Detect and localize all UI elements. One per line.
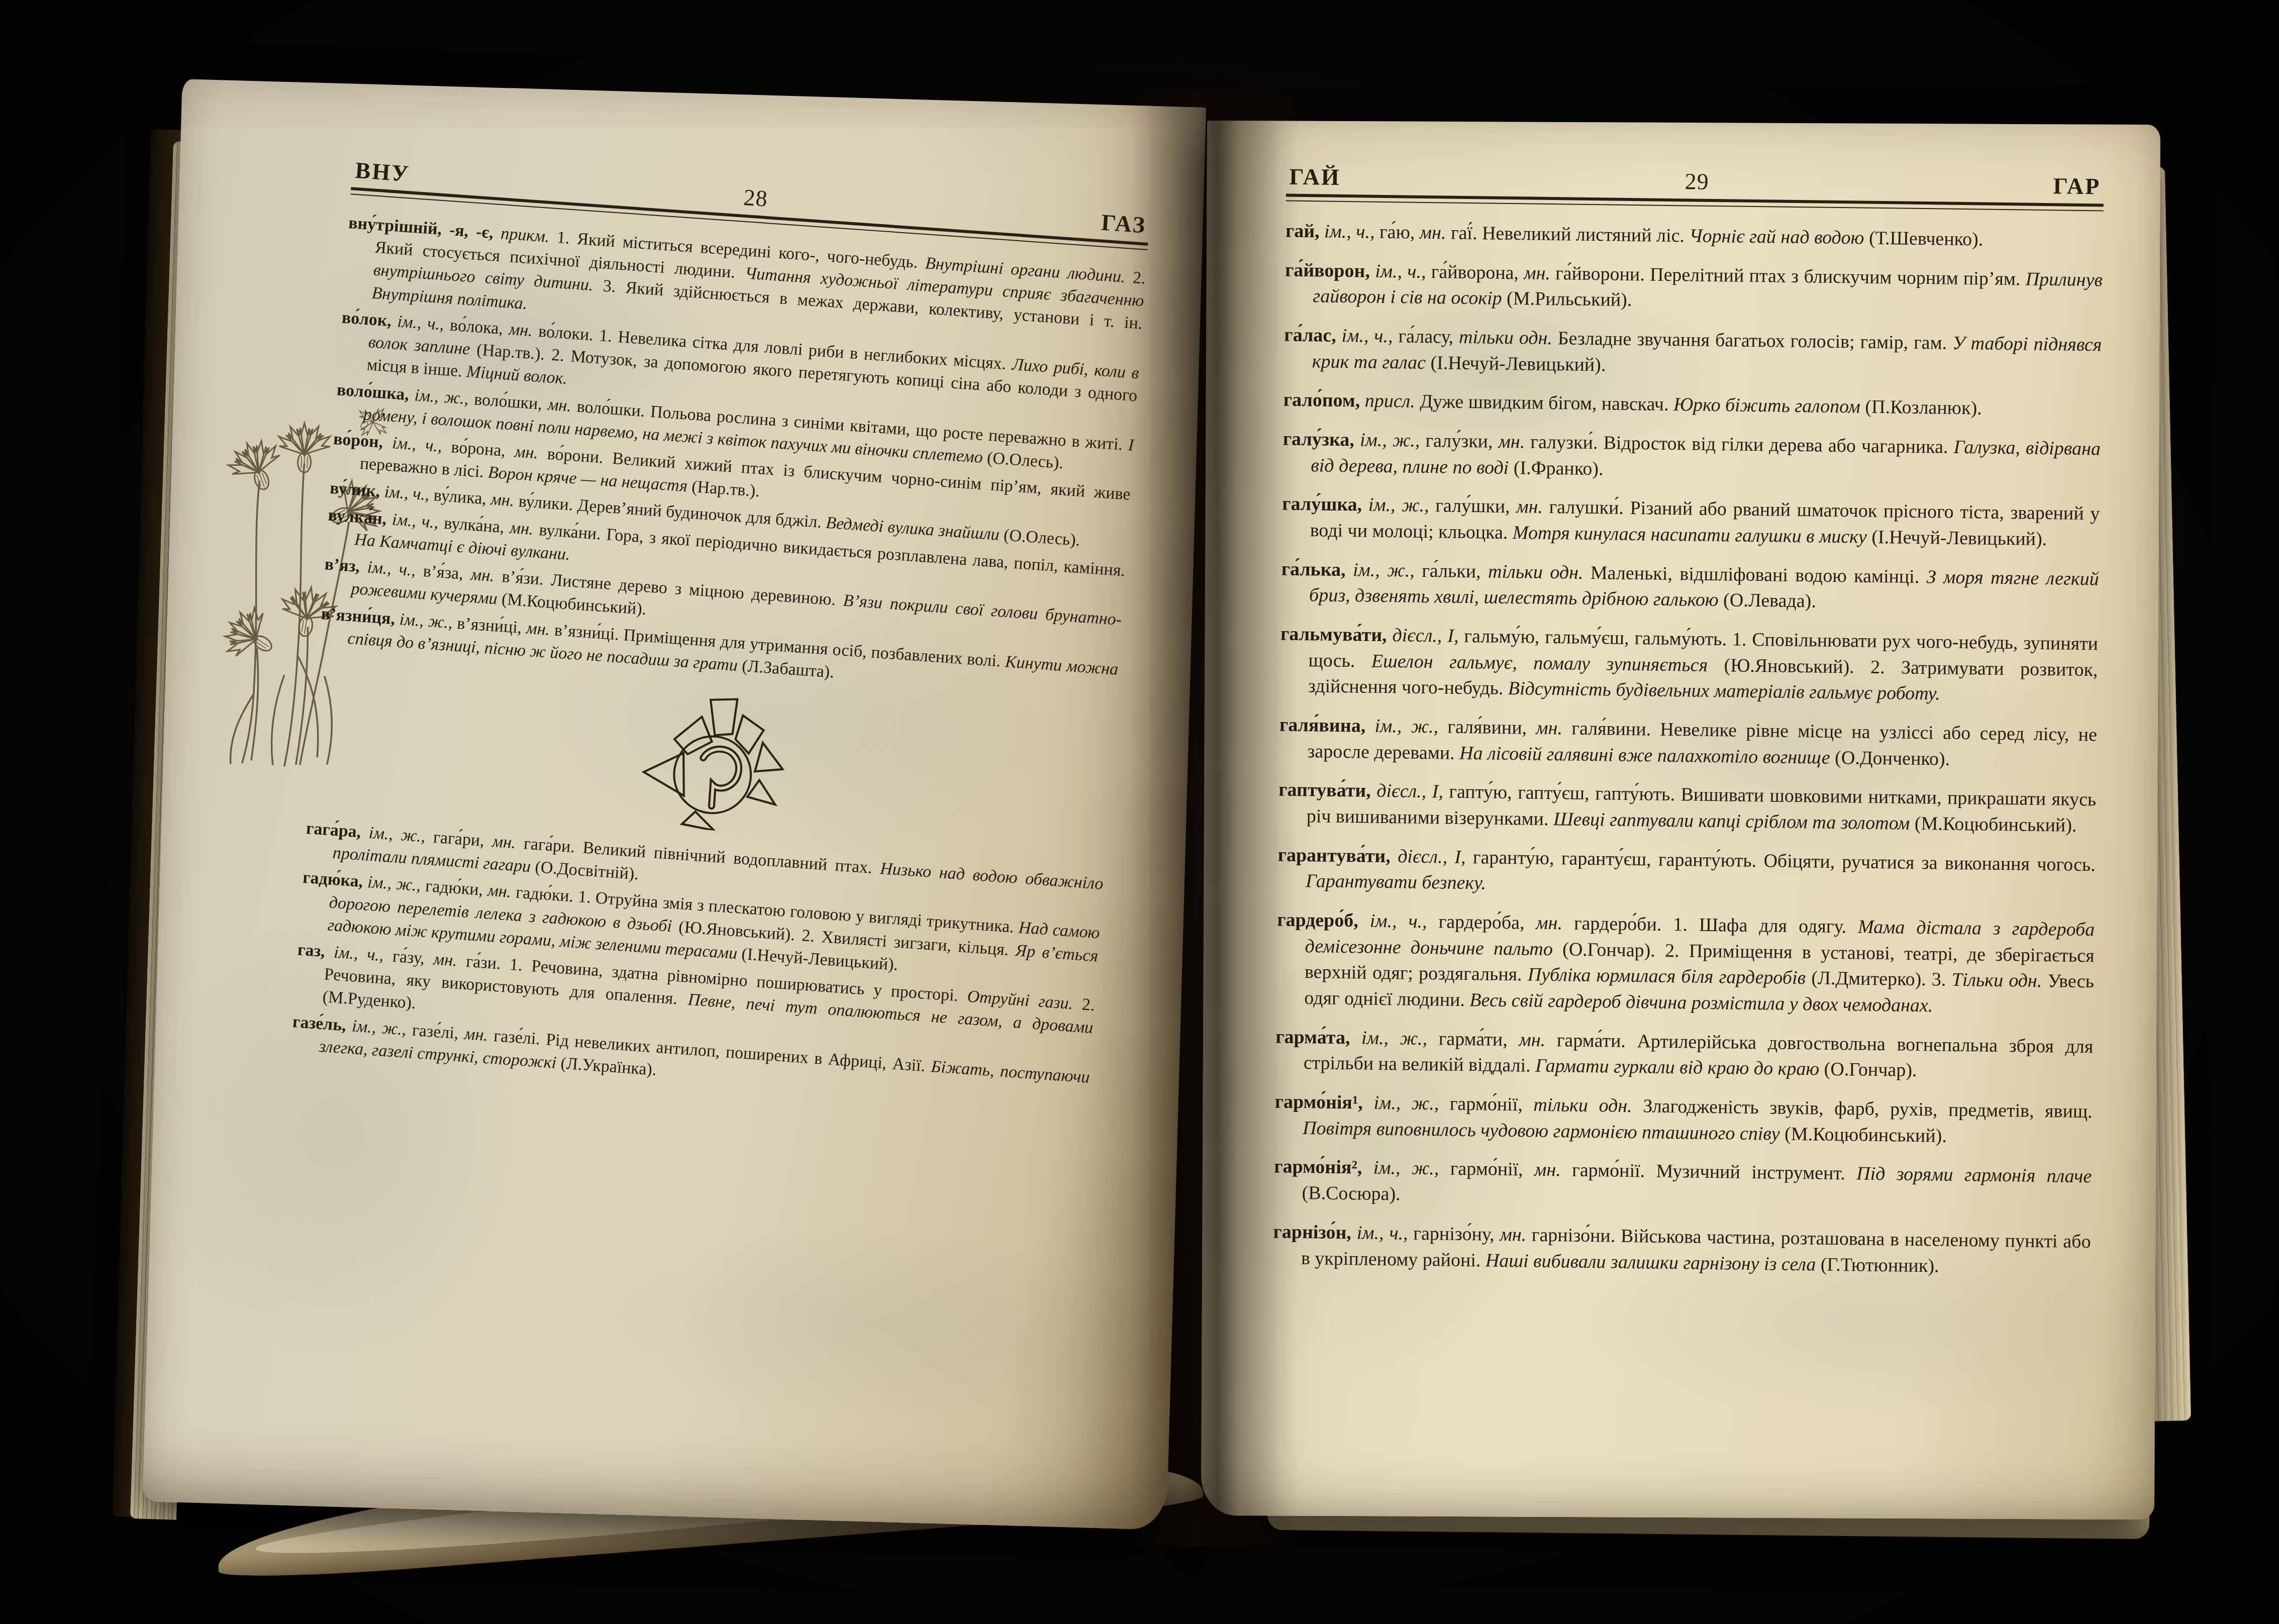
entry-segment: (О.Олесь). xyxy=(986,449,1064,473)
entry-segment: (І.Нечуй-Левицький). xyxy=(1871,527,2047,550)
entry-segment: мн. xyxy=(433,950,467,970)
entry-segment: (О.Донченко). xyxy=(1835,747,1950,770)
entry-segment: (М.Руденко). xyxy=(322,988,417,1013)
entry-segment: во́рон, xyxy=(333,430,393,452)
entry-segment: галя́вини, xyxy=(1447,717,1536,739)
section-letter-ornament-icon: Г xyxy=(631,683,791,835)
entry-segment: (Г.Тютюнник). xyxy=(1821,1254,1939,1276)
entry-segment: мн. xyxy=(490,490,519,511)
entry-segment: Злагодженість звуків, фарб, рухів, предм… xyxy=(1643,1096,2093,1123)
entry-list-top: вну́трішній, -я, -є, прикм. 1. Який міст… xyxy=(319,212,1146,703)
entry-segment: гармо́нії, xyxy=(1450,1158,1535,1180)
entry-segment: га́лас, xyxy=(1284,325,1342,346)
entry-segment: мн. xyxy=(491,832,524,853)
entry-list: гай, ім., ч., га́ю, мн. гаї́. Невеликий … xyxy=(1273,219,2103,1281)
entry-segment: га́йворон, xyxy=(1285,259,1375,281)
entry-segment: гага́ра, xyxy=(306,819,369,842)
entry-segment: ву́лика, xyxy=(433,486,491,509)
entry-segment: Відсутність будівельних матеріалів гальм… xyxy=(1508,678,1940,704)
entry-segment: гармо́нія², xyxy=(1274,1156,1373,1178)
entry-segment: галя́вина, xyxy=(1279,715,1375,737)
entry-segment: гармо́нія¹, xyxy=(1275,1091,1374,1113)
entry-segment: Гарантувати безпеку. xyxy=(1306,871,1486,894)
entry-segment: ім., ж., xyxy=(1353,559,1422,581)
entry-segment: гадю́ки, xyxy=(425,877,488,900)
entry-segment: присл. xyxy=(1365,390,1420,412)
guide-word-right: ГАР xyxy=(2053,172,2101,199)
entry-segment: гарма́ти, xyxy=(1439,1028,1519,1050)
entry-segment: га́зу, xyxy=(392,947,434,969)
entry-segment: (О.Гончар). xyxy=(1824,1059,1917,1081)
entry-segment: газ, xyxy=(297,941,335,962)
entry-segment: ім., ч., xyxy=(1324,221,1379,242)
entry-segment: га́ласу, xyxy=(1398,326,1459,347)
entry-segment: вну́трішній, -я, -є, xyxy=(348,214,502,243)
entry-segment: га́йворона, xyxy=(1431,261,1524,283)
dictionary-entry: га́йворон, ім., ч., га́йворона, мн. га́й… xyxy=(1284,257,2103,319)
entry-segment: мн. xyxy=(514,442,548,463)
entry-segment: (О.Левада). xyxy=(1723,590,1816,612)
entry-segment: Шевці гаптували капці сріблом та золотом xyxy=(1553,808,1915,834)
entry-segment: Весь свій гардероб дівчина розмістила у … xyxy=(1469,989,1933,1016)
dictionary-entry: галу́зка, ім., ж., галу́зки, мн. галузки… xyxy=(1282,427,2101,488)
entry-segment: в’язни́ці, xyxy=(456,614,527,638)
entry-segment: ву́лик, xyxy=(329,479,385,501)
entry-segment: мн. xyxy=(1500,1224,1532,1246)
entry-segment: (М.Коцюбинський). xyxy=(1915,813,2077,836)
entry-segment: ім., ж., xyxy=(367,873,426,895)
entry-segment: ім., ч., xyxy=(384,483,435,505)
entry-segment: (І.Нечуй-Левицький). xyxy=(1430,352,1606,375)
entry-segment: ім., ж., xyxy=(1368,494,1436,517)
entry-segment: мн. xyxy=(464,1025,494,1045)
entry-segment: га́йворони. Перелітний птах з блискучим … xyxy=(1555,263,2026,289)
entry-segment: гардеро́б, xyxy=(1277,909,1370,932)
entry-segment: ім., ж., xyxy=(1373,1092,1450,1114)
entry-segment: в’язни́ця, xyxy=(321,604,401,629)
entry-segment: газе́ль, xyxy=(292,1012,353,1035)
entry-segment: Юрко біжить галопом xyxy=(1673,394,1865,418)
entry-segment: гармо́нії, xyxy=(1450,1093,1534,1115)
entry-segment: галу́зки, xyxy=(1425,430,1499,452)
entry-segment: Під зорями гармонія плаче xyxy=(1856,1163,2092,1187)
entry-segment: га́льки, xyxy=(1422,560,1488,582)
entry-segment: мн. xyxy=(470,565,503,586)
guide-word-right: ГАЗ xyxy=(1101,209,1147,239)
entry-segment: мн. xyxy=(508,320,539,341)
entry-segment: ім., ж., xyxy=(351,1017,413,1039)
entry-segment: гардеро́ба, xyxy=(1438,911,1536,933)
entry-segment: гардеро́би. 1. Шафа для одягу. xyxy=(1574,913,1858,938)
entry-segment: воло́шки, xyxy=(473,390,548,414)
entry-segment: мн. xyxy=(1519,1029,1557,1051)
entry-segment: мн. xyxy=(1534,1159,1572,1181)
entry-segment: галу́зка, xyxy=(1283,429,1360,451)
entry-segment: (І.Франко). xyxy=(1514,457,1604,479)
dictionary-entry: гардеро́б, ім., ч., гардеро́ба, мн. гард… xyxy=(1276,907,2095,1022)
entry-segment: Маленькі, відшліфовані водою камінці. xyxy=(1591,562,1927,587)
entry-segment: ім., ч., xyxy=(333,943,393,966)
dictionary-entry: галу́шка, ім., ж., галу́шки, мн. галушки… xyxy=(1281,491,2100,553)
entry-segment: (Т.Шевченко). xyxy=(1869,228,1984,250)
entry-segment: в’яз, xyxy=(324,555,368,576)
entry-segment: ім., ж., xyxy=(1360,429,1426,451)
entry-segment: ім., ч., xyxy=(391,510,445,532)
entry-segment: ім., ж., xyxy=(1361,1027,1439,1049)
right-page: ГАЙ 29 ГАР гай, ім., ч., га́ю, мн. гаї́.… xyxy=(1201,121,2160,1519)
entry-list-bottom: гага́ра, ім., ж., гага́ри, мн. гага́ри. … xyxy=(290,817,1104,1111)
entry-segment: ім., ч., xyxy=(1341,325,1398,347)
dictionary-entry: гало́пом, присл. Дуже швидким бігом, нав… xyxy=(1283,387,2102,424)
entry-segment: галу́шка, xyxy=(1282,493,1368,516)
entry-segment: Отруйні гази. xyxy=(967,987,1083,1014)
dictionary-entry: гарантува́ти, дієсл., I, гаранту́ю, гара… xyxy=(1277,842,2096,904)
entry-segment: (О.Олесь). xyxy=(1003,526,1080,550)
right-page-header: ГАЙ 29 ГАР xyxy=(1286,163,2104,200)
entry-segment: гарантува́ти, xyxy=(1278,844,1398,867)
entry-segment: во́лок, xyxy=(341,308,398,331)
entry-segment: Ешелон гальмує, помалу зупиняється xyxy=(1371,650,1724,676)
entry-segment: мн. xyxy=(1516,496,1549,518)
entry-segment: (Л.Українка). xyxy=(560,1054,657,1079)
guide-word-left: ГАЙ xyxy=(1289,163,1341,190)
entry-segment: (П.Козланюк). xyxy=(1865,396,1982,419)
entry-segment: Публіка юрмилася біля гардеробів xyxy=(1528,964,1812,989)
entry-segment: га́ю, xyxy=(1379,222,1420,243)
entry-segment: Гармати гуркали від краю до краю xyxy=(1535,1055,1824,1080)
left-page: ВНУ 28 ГАЗ вну́трішній, -я, -є, прикм. 1… xyxy=(143,79,1206,1530)
guide-word-left: ВНУ xyxy=(354,157,411,187)
entry-segment: га́лька, xyxy=(1281,558,1353,580)
entry-segment: ім., ж., xyxy=(368,824,434,847)
entry-segment: гаптува́ти, xyxy=(1278,779,1376,801)
entry-segment: гага́ри, xyxy=(433,828,493,851)
entry-segment: в’я́за, xyxy=(423,562,471,584)
entry-segment: гаранту́ю, гаранту́єш, гаранту́ють. Обіц… xyxy=(1473,847,2096,875)
dictionary-entry: гай, ім., ч., га́ю, мн. гаї́. Невеликий … xyxy=(1285,219,2104,255)
dictionary-entry: гарма́та, ім., ж., гарма́ти, мн. гарма́т… xyxy=(1275,1024,2093,1086)
entry-segment: во́лока, xyxy=(449,316,510,338)
entry-segment: (Л.Забашта). xyxy=(741,657,835,682)
entry-segment: (О.Досвітній). xyxy=(534,858,639,883)
entry-segment: тільки одн. xyxy=(1459,327,1558,349)
entry-segment: прикм. xyxy=(500,224,557,247)
entry-segment: (Нар.тв.). xyxy=(691,477,760,500)
entry-segment: дієсл., I, xyxy=(1376,780,1449,802)
entry-segment: дієсл., I, xyxy=(1392,625,1464,647)
entry-segment: мн. xyxy=(1536,912,1574,934)
entry-segment: Міцний волок. xyxy=(466,362,568,388)
entry-segment: мн. xyxy=(1536,718,1571,739)
entry-segment: Дуже швидким бігом, навскач. xyxy=(1420,391,1673,415)
entry-segment: ім., ч., xyxy=(391,434,452,456)
entry-segment: мн. xyxy=(1524,262,1555,284)
entry-segment: ім., ч., xyxy=(367,558,424,580)
entry-segment: гай, xyxy=(1285,221,1325,242)
entry-segment: ім., ж., xyxy=(1373,1157,1451,1179)
entry-segment: гальмува́ти, xyxy=(1280,624,1393,646)
dictionary-entry: гаптува́ти, дієсл., I, гапту́ю, гапту́єш… xyxy=(1278,777,2097,839)
entry-segment: дієсл., I, xyxy=(1398,846,1473,868)
entry-segment: галузки́. Відросток від гілки дерева або… xyxy=(1530,432,1954,458)
entry-segment: мн. xyxy=(547,395,578,416)
entry-segment: мн. xyxy=(526,619,555,639)
entry-segment: воло́шка, xyxy=(336,380,415,404)
entry-segment: тільки одн. xyxy=(1488,561,1591,583)
entry-segment: Чорніє гай над водою xyxy=(1689,225,1869,248)
entry-segment: мн. xyxy=(509,519,540,539)
entry-segment: мн. xyxy=(1420,222,1451,244)
page-number: 29 xyxy=(1685,168,1709,195)
entry-segment: Безладне звучання багатьох голосів; гамі… xyxy=(1558,328,1953,354)
entry-segment: ім., ч., xyxy=(1375,260,1431,282)
dictionary-entry: гальмува́ти, дієсл., I, гальму́ю, гальму… xyxy=(1280,622,2099,709)
entry-segment: гармо́нії. Музичний інструмент. xyxy=(1572,1160,1856,1184)
entry-segment: ім., ж., xyxy=(399,610,458,633)
entry-segment: Наші вибивали залишки гарнізону із села xyxy=(1485,1250,1821,1275)
entry-segment: (В.Сосюра). xyxy=(1302,1182,1401,1204)
entry-segment: гаї́. Невеликий листяний ліс. xyxy=(1451,223,1690,247)
entry-segment: (М.Рильський). xyxy=(1507,288,1632,311)
entry-segment: Повітря виповнилось чудовою гармонією пт… xyxy=(1303,1118,1785,1145)
entry-segment: галу́шки, xyxy=(1435,495,1516,518)
entry-segment: На лісовій галявині вже палахкотіло вогн… xyxy=(1459,743,1835,768)
dictionary-entry: га́лас, ім., ч., га́ласу, тільки одн. Бе… xyxy=(1284,323,2102,384)
entry-segment: вулка́на, xyxy=(443,514,511,537)
dictionary-entry: галя́вина, ім., ж., галя́вини, мн. галя́… xyxy=(1279,713,2097,774)
entry-segment: гарнізо́ну, xyxy=(1413,1223,1500,1245)
entry-segment: ім., ч., xyxy=(1357,1222,1414,1244)
entry-segment: мн. xyxy=(487,881,517,902)
entry-segment: гарма́та, xyxy=(1275,1026,1361,1048)
entry-segment: мн. xyxy=(1498,431,1530,453)
entry-segment: (Л.Дмитерко). 3. xyxy=(1811,968,1952,990)
dictionary-entry: га́лька, ім., ж., га́льки, тільки одн. М… xyxy=(1281,556,2099,618)
entry-segment: Мотря кинулася насипати галушки в миску xyxy=(1513,522,1872,548)
entry-segment: гадю́ка, xyxy=(302,868,368,891)
page-number: 28 xyxy=(743,184,769,212)
entry-segment: тільки одн. xyxy=(1533,1094,1643,1117)
entry-segment: ім., ж., xyxy=(1374,716,1447,738)
entry-segment: во́рона, xyxy=(450,438,515,461)
entry-segment: ім., ч., xyxy=(1370,910,1439,933)
entry-segment: (М.Коцюбинський). xyxy=(1785,1124,1947,1147)
entry-segment: гало́пом, xyxy=(1283,389,1365,412)
entry-segment: гарнізо́н, xyxy=(1273,1221,1357,1243)
dictionary-entry: гармо́нія¹, ім., ж., гармо́нії, тільки о… xyxy=(1274,1089,2093,1151)
entry-segment: газе́лі, xyxy=(412,1021,465,1043)
entry-segment: Тільки одн. xyxy=(1951,969,2047,991)
dictionary-entry: гармо́нія², ім., ж., гармо́нії, мн. гарм… xyxy=(1273,1154,2092,1216)
entry-segment: ім., ч., xyxy=(397,312,450,334)
entry-segment: ім., ж., xyxy=(414,386,475,409)
entry-segment: вулка́н, xyxy=(328,505,393,529)
dictionary-entry: гарнізо́н, ім., ч., гарнізо́ну, мн. гарн… xyxy=(1273,1219,2091,1281)
